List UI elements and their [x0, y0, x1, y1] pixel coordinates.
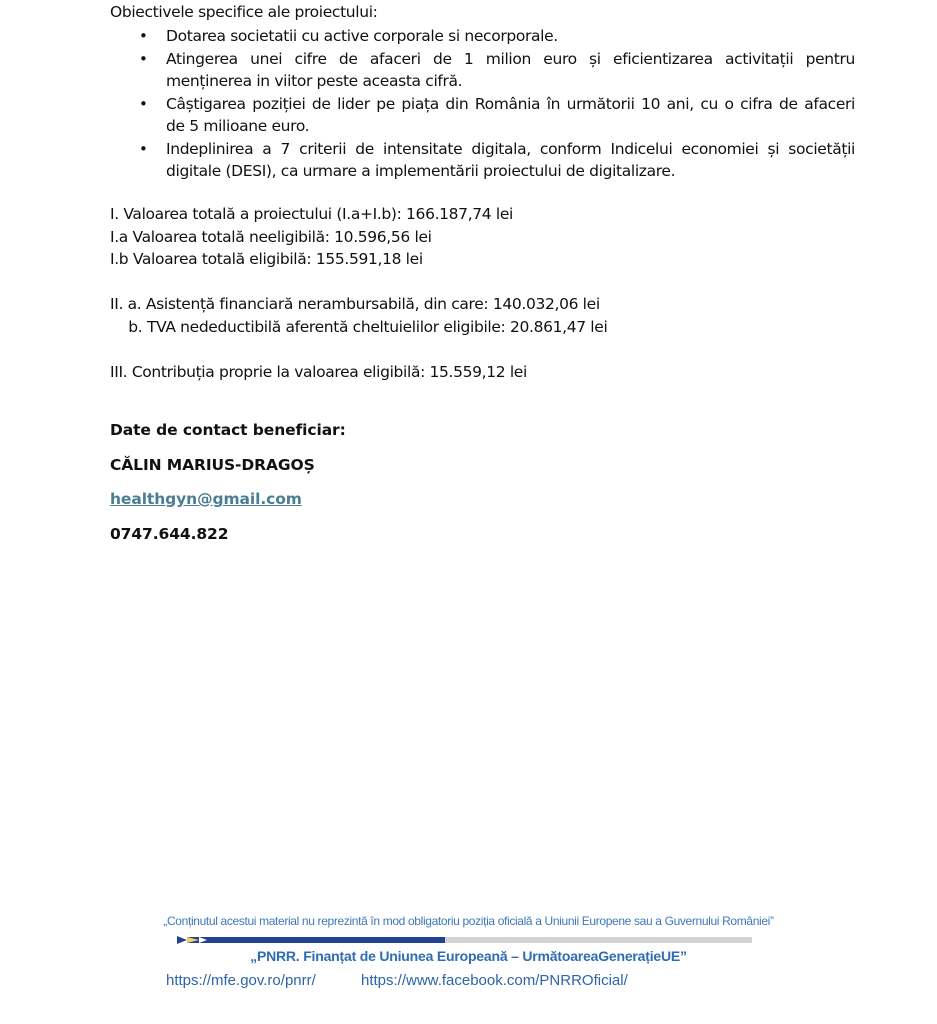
yellow-chevron-icon	[187, 937, 199, 943]
facebook-link[interactable]: https://www.facebook.com/PNRROficial/	[361, 972, 628, 989]
total-value: I. Valoarea totală a proiectului (I.a+I.…	[110, 205, 513, 223]
bullet-icon	[139, 93, 148, 116]
non-eligible-value: I.a Valoarea totală neeligibilă: 10.596,…	[110, 228, 432, 246]
eligible-value: I.b Valoarea totală eligibilă: 155.591,1…	[110, 250, 423, 268]
bullet-icon	[139, 138, 148, 161]
bullet-icon	[139, 48, 148, 71]
grant-value: II. a. Asistență financiară nerambursabi…	[110, 295, 600, 313]
arrow-icon	[177, 936, 187, 944]
contact-name: CĂLIN MARIUS-DRAGOȘ	[110, 456, 315, 474]
objectives-title: Obiectivele specifice ale proiectului:	[110, 3, 378, 21]
bar-gray-segment	[445, 937, 752, 943]
bullet-icon	[139, 25, 148, 48]
list-item: Dotarea societatii cu active corporale s…	[110, 25, 855, 48]
contact-email-link[interactable]: healthgyn@gmail.com	[110, 490, 302, 508]
contact-heading: Date de contact beneficiar:	[110, 421, 346, 439]
footer-disclaimer: „Conținutul acestui material nu reprezin…	[0, 914, 937, 928]
own-contribution-value: III. Contribuția proprie la valoarea eli…	[110, 363, 527, 381]
white-chevron-icon	[199, 937, 207, 943]
footer-slogan: „PNRR. Finanțat de Uniunea Europeană – U…	[0, 948, 937, 964]
objectives-list: Dotarea societatii cu active corporale s…	[110, 25, 855, 183]
bar-blue-segment	[187, 937, 445, 943]
list-item: Indeplinirea a 7 criterii de intensitate…	[110, 138, 855, 183]
mfe-link[interactable]: https://mfe.gov.ro/pnrr/	[166, 972, 316, 989]
document-page: Obiectivele specifice ale proiectului: D…	[0, 0, 937, 1024]
list-item: Câștigarea poziției de lider pe piața di…	[110, 93, 855, 138]
contact-phone: 0747.644.822	[110, 525, 228, 543]
list-item: Atingerea unei cifre de afaceri de 1 mil…	[110, 48, 855, 93]
footer-divider-bar	[177, 936, 752, 944]
vat-value: b. TVA nedeductibilă aferentă cheltuieli…	[110, 318, 607, 336]
